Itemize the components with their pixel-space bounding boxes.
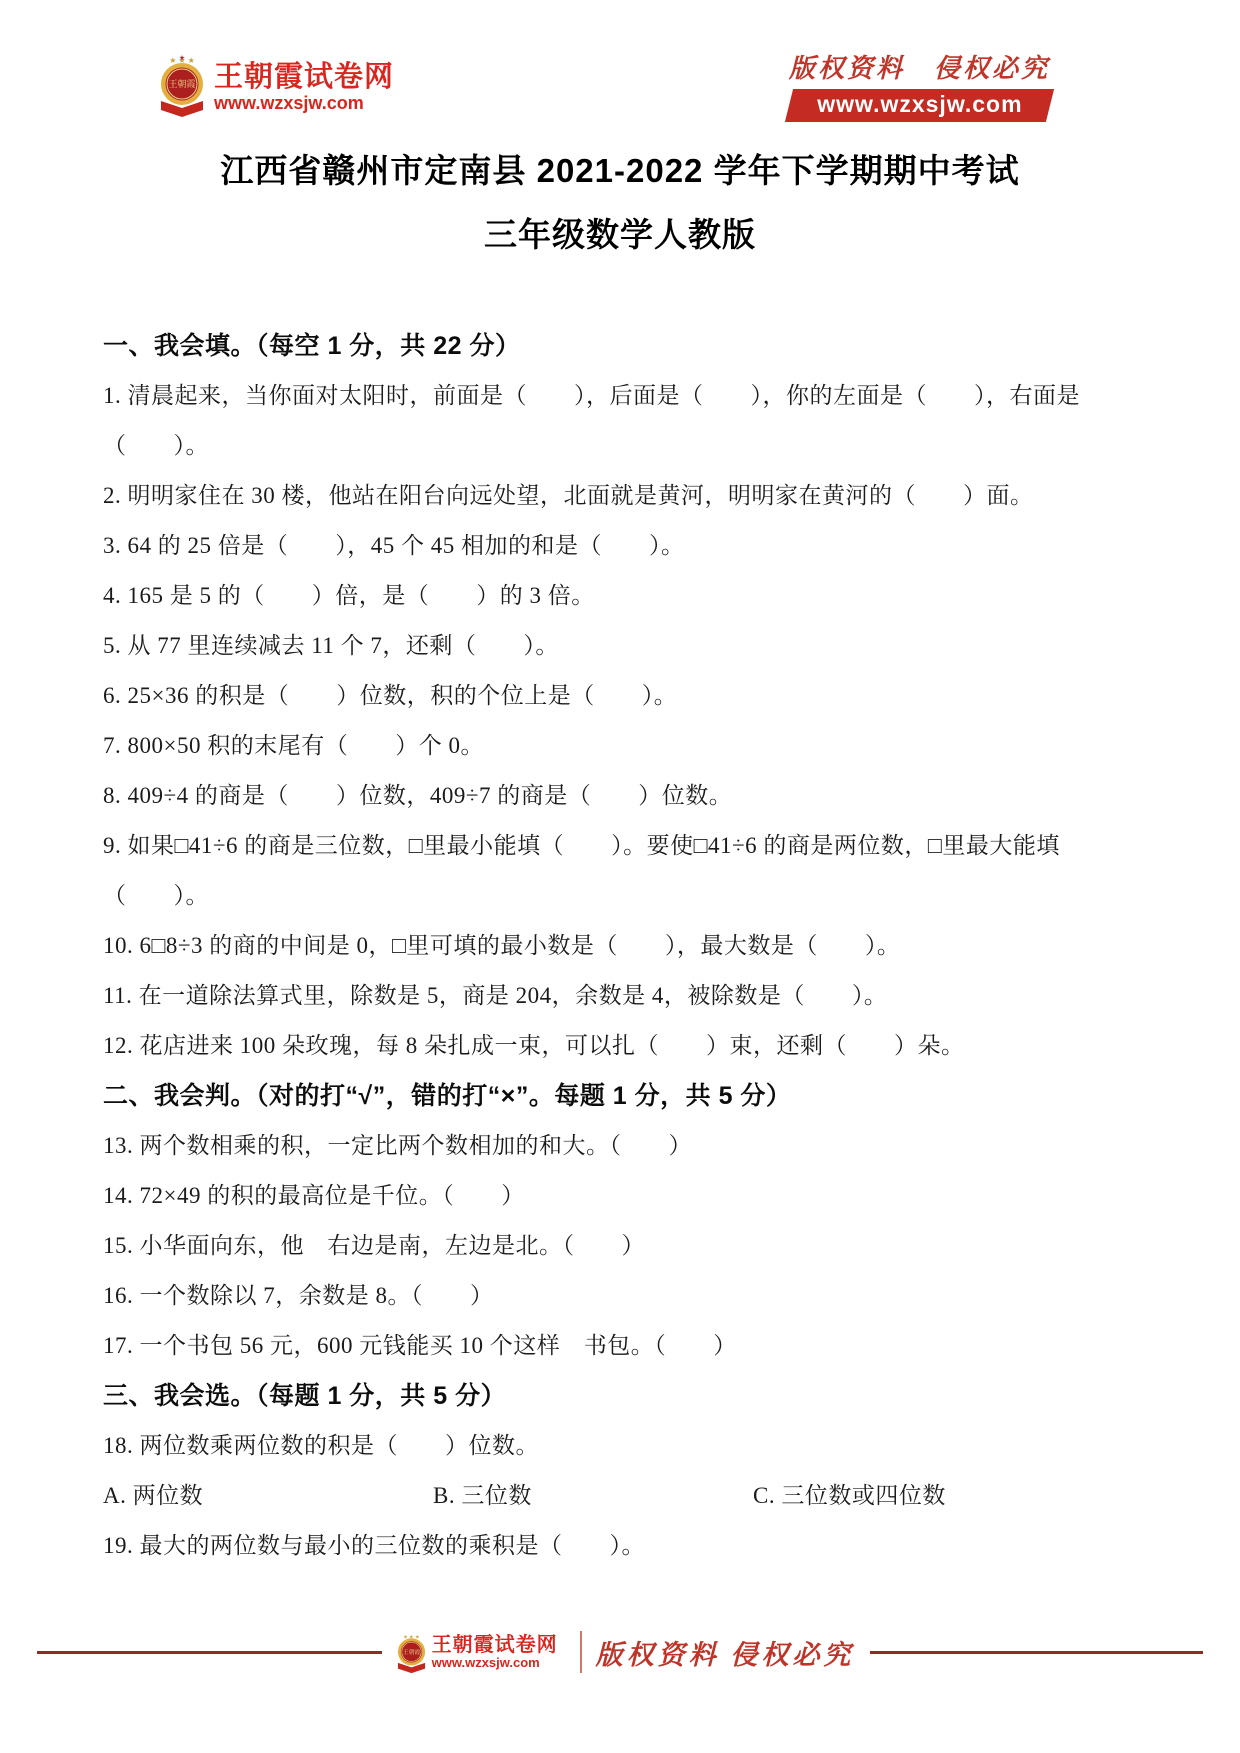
question-line: 1. 清晨起来，当你面对太阳时，前面是（ ），后面是（ ），你的左面是（ ），右…: [103, 384, 1143, 407]
question-line: 16. 一个数除以 7，余数是 8。（ ）: [103, 1284, 1143, 1307]
svg-text:★: ★: [179, 54, 185, 62]
question-line: 8. 409÷4 的商是（ ）位数，409÷7 的商是（ ）位数。: [103, 784, 1143, 807]
copyright-slogan: 版权资料 侵权必究: [789, 54, 1050, 84]
exam-page: ★ ★ ★ ★ 王朝霞 王朝霞试卷网 www.wzxsjw.com 版权资料 侵…: [0, 0, 1240, 1753]
question-line: 3. 64 的 25 倍是（ ），45 个 45 相加的和是（ ）。: [103, 534, 1143, 557]
question-line: 17. 一个书包 56 元，600 元钱能买 10 个这样 书包。（ ）: [103, 1334, 1143, 1357]
choice-c: C. 三位数或四位数: [753, 1484, 946, 1507]
footer-brand-text: 王朝霞试卷网 www.wzxsjw.com: [432, 1635, 558, 1670]
exam-title-line2: 三年级数学人教版: [0, 216, 1240, 254]
question-line: 7. 800×50 积的末尾有（ ）个 0。: [103, 734, 1143, 757]
brand-url: www.wzxsjw.com: [214, 93, 394, 113]
exam-body: 一、我会填。（每空 1 分，共 22 分） 1. 清晨起来，当你面对太阳时，前面…: [103, 334, 1143, 1584]
footer-brand: ★ ★ ★ 王朝霞 王朝霞试卷网 www.wzxsjw.com: [396, 1631, 558, 1674]
question-line: 19. 最大的两位数与最小的三位数的乘积是（ ）。: [103, 1534, 1143, 1557]
question-line: 10. 6□8÷3 的商的中间是 0，□里可填的最小数是（ ），最大数是（ ）。: [103, 934, 1143, 957]
brand-name: 王朝霞试卷网: [214, 62, 394, 92]
footer-rule-left: [37, 1651, 382, 1654]
question-line: 5. 从 77 里连续减去 11 个 7，还剩（ ）。: [103, 634, 1143, 657]
question-line: 18. 两位数乘两位数的积是（ ）位数。: [103, 1434, 1143, 1457]
header-brand: ★ ★ ★ ★ 王朝霞 王朝霞试卷网 www.wzxsjw.com: [158, 52, 394, 118]
footer-divider: [580, 1631, 582, 1673]
question-line: 6. 25×36 的积是（ ）位数，积的个位上是（ ）。: [103, 684, 1143, 707]
choice-b: B. 三位数: [433, 1484, 753, 1507]
footer-seal-icon: ★ ★ ★ 王朝霞: [396, 1631, 427, 1674]
question-line: 12. 花店进来 100 朵玫瑰，每 8 朵扎成一束，可以扎（ ）束，还剩（ ）…: [103, 1034, 1143, 1057]
question-line: 13. 两个数相乘的积，一定比两个数相加的和大。（ ）: [103, 1134, 1143, 1157]
footer-slogan: 版权资料 侵权必究: [596, 1633, 855, 1672]
header-copyright: 版权资料 侵权必究 www.wzxsjw.com: [789, 54, 1050, 122]
choice-a: A. 两位数: [103, 1484, 433, 1507]
svg-text:王朝霞: 王朝霞: [168, 78, 195, 89]
question-line: 15. 小华面向东，他 右边是南，左边是北。（ ）: [103, 1234, 1143, 1257]
question-line: 11. 在一道除法算式里，除数是 5，商是 204，余数是 4，被除数是（ ）。: [103, 984, 1143, 1007]
footer-brand-name: 王朝霞试卷网: [432, 1635, 558, 1656]
section-2-heading: 二、我会判。（对的打“√”，错的打“×”。每题 1 分，共 5 分）: [103, 1084, 1143, 1109]
brand-seal-icon: ★ ★ ★ ★ 王朝霞: [158, 52, 206, 118]
exam-title-line1: 江西省赣州市定南县 2021-2022 学年下学期期中考试: [0, 152, 1240, 190]
banner-url-text: www.wzxsjw.com: [817, 91, 1022, 118]
url-banner: www.wzxsjw.com: [785, 89, 1054, 122]
question-line: （ ）。: [103, 884, 1143, 907]
section-1-heading: 一、我会填。（每空 1 分，共 22 分）: [103, 334, 1143, 359]
question-line: 4. 165 是 5 的（ ）倍，是（ ）的 3 倍。: [103, 584, 1143, 607]
question-line: 2. 明明家住在 30 楼，他站在阳台向远处望，北面就是黄河，明明家在黄河的（ …: [103, 484, 1143, 507]
footer-rule-right: [870, 1651, 1203, 1654]
footer-brand-url: www.wzxsjw.com: [432, 1656, 558, 1670]
brand-text: 王朝霞试卷网 www.wzxsjw.com: [214, 52, 394, 113]
section-3-heading: 三、我会选。（每题 1 分，共 5 分）: [103, 1384, 1143, 1409]
page-footer: ★ ★ ★ 王朝霞 王朝霞试卷网 www.wzxsjw.com 版权资料 侵权必…: [0, 1626, 1240, 1678]
question-line: 9. 如果□41÷6 的商是三位数，□里最小能填（ ）。要使□41÷6 的商是两…: [103, 834, 1143, 857]
question-line: 14. 72×49 的积的最高位是千位。（ ）: [103, 1184, 1143, 1207]
choice-row: A. 两位数 B. 三位数 C. 三位数或四位数: [103, 1484, 1143, 1507]
question-line: （ ）。: [103, 434, 1143, 457]
